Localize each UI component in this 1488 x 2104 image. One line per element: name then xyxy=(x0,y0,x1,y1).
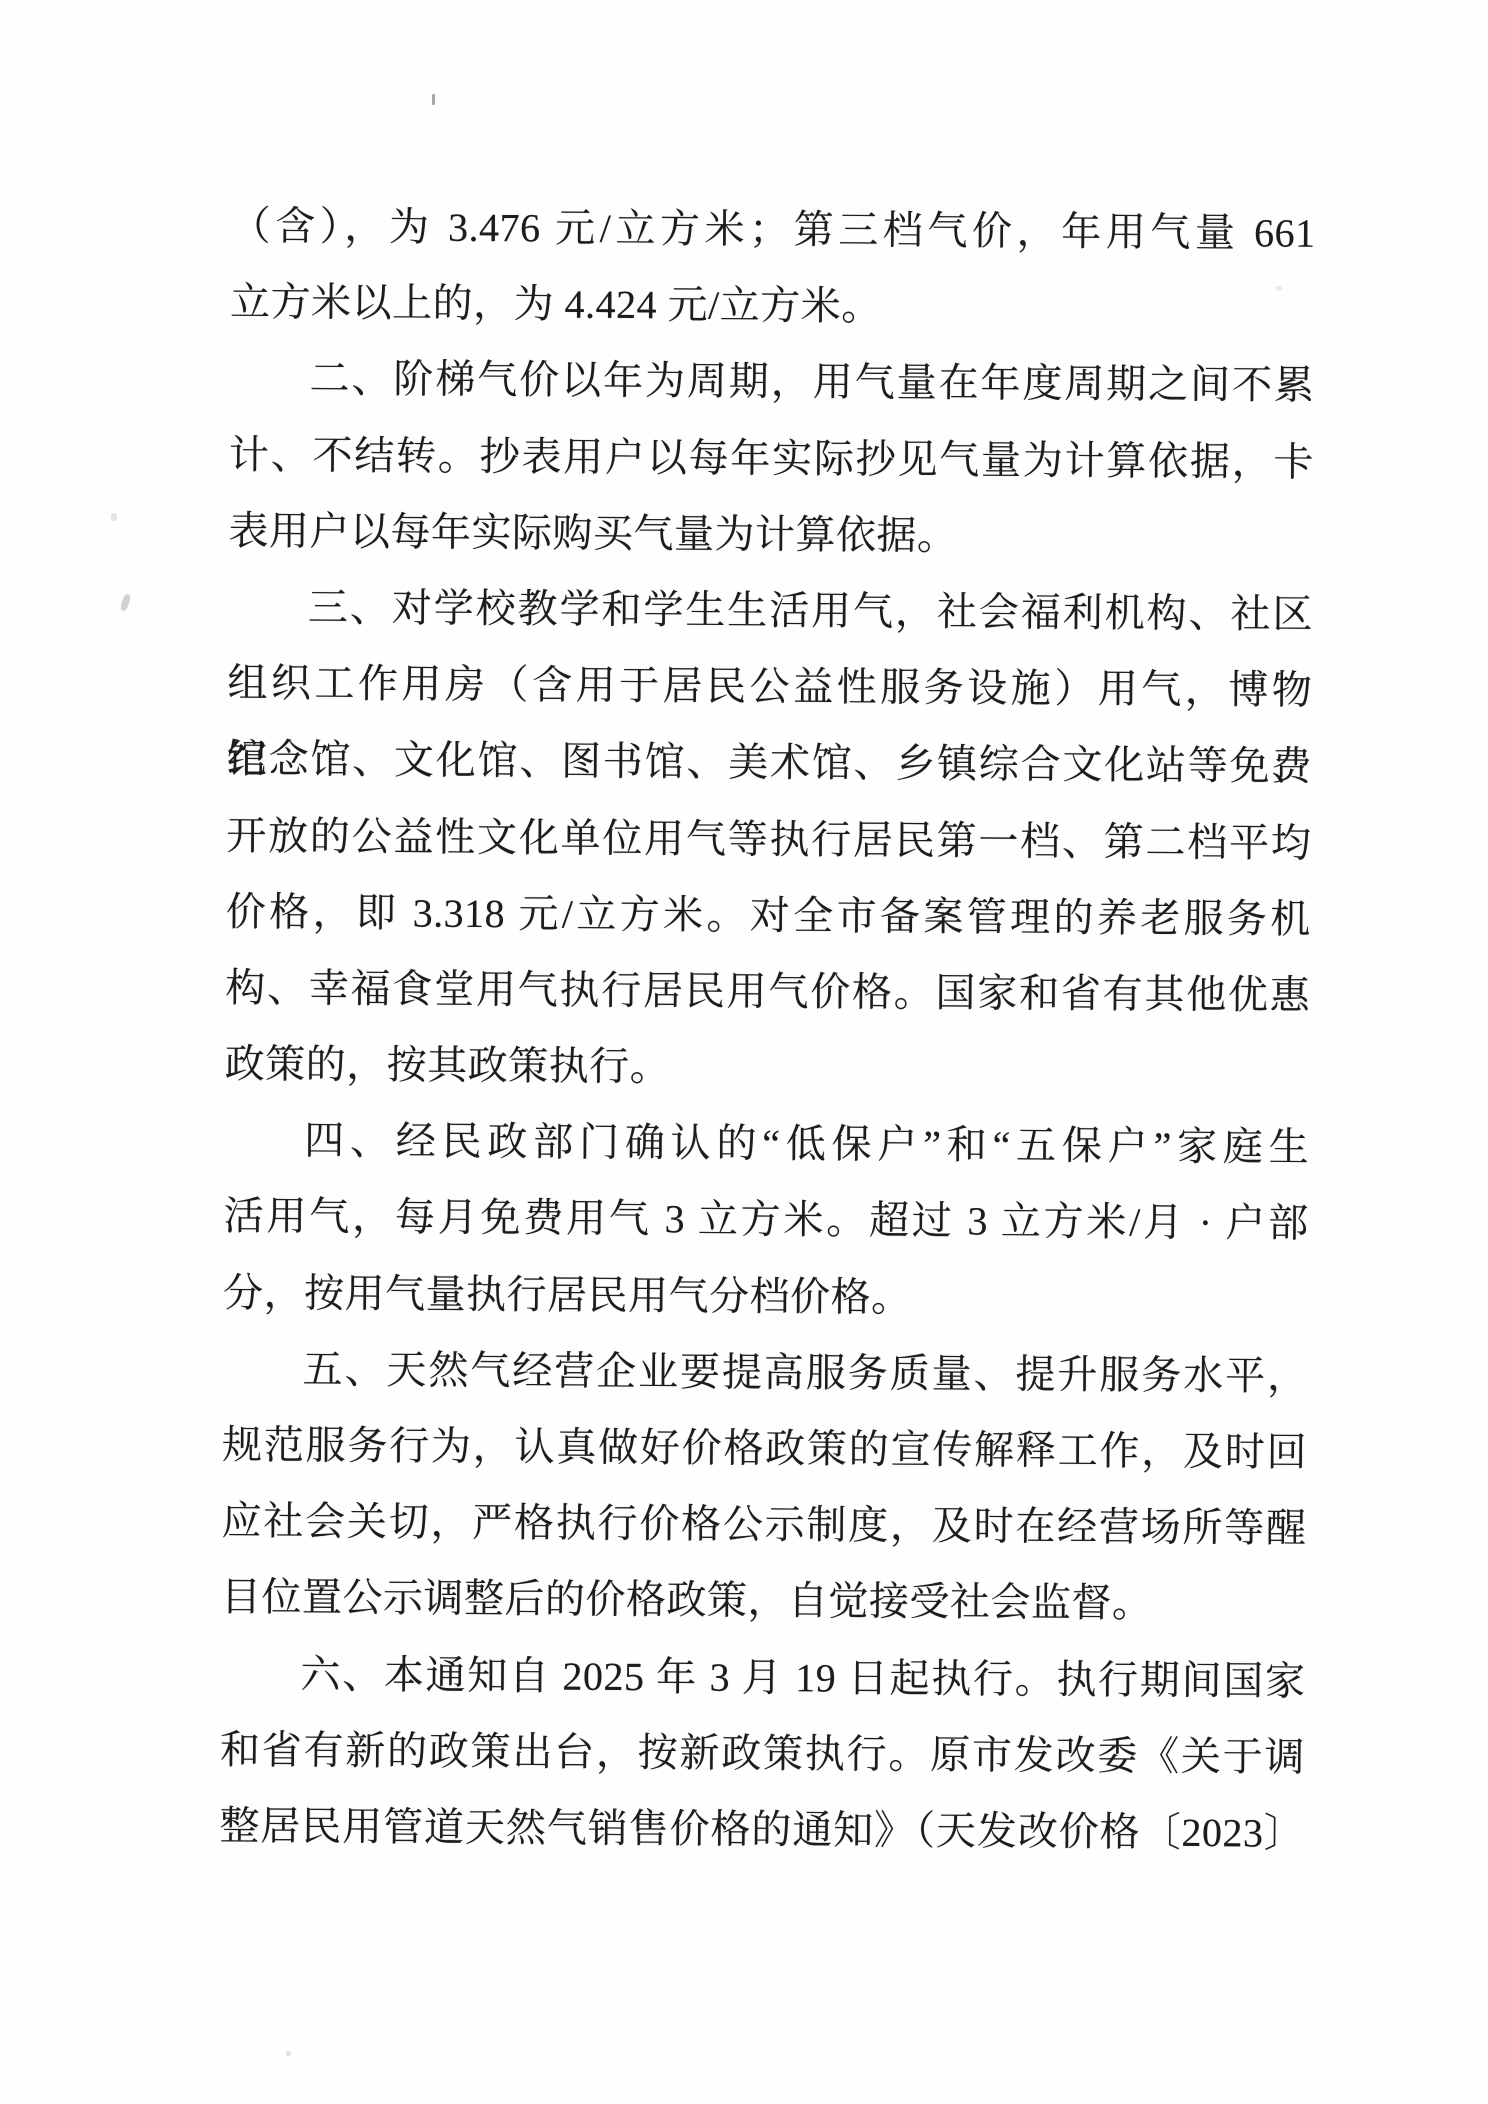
text-line-8: 纪念馆、文化馆、图书馆、美术馆、乡镇综合文化站等免费 xyxy=(227,722,1313,806)
document-page: （含），为 3.476 元/立方米；第三档气价，年用气量 661 立方米以上的，… xyxy=(0,0,1488,2104)
text-line-11: 构、幸福食堂用气执行居民用气价格。国家和省有其他优惠 xyxy=(225,950,1311,1034)
text-line-3: 二、阶梯气价以年为周期，用气量在年度周期之间不累 xyxy=(229,341,1315,425)
text-line-17: 规范服务行为，认真做好价格政策的宣传解释工作，及时回 xyxy=(222,1407,1308,1491)
text-line-1: （含），为 3.476 元/立方米；第三档气价，年用气量 661 xyxy=(230,188,1316,272)
text-line-2: 立方米以上的，为 4.424 元/立方米。 xyxy=(230,264,1316,348)
scan-speck xyxy=(120,593,132,611)
text-line-5: 表用户以每年实际购买气量为计算依据。 xyxy=(228,493,1314,577)
text-line-6: 三、对学校教学和学生生活用气，社会福利机构、社区 xyxy=(228,569,1314,653)
text-line-15: 分，按用气量执行居民用气分档价格。 xyxy=(223,1255,1309,1339)
scan-speck xyxy=(432,94,435,105)
text-line-19: 目位置公示调整后的价格政策，自觉接受社会监督。 xyxy=(221,1560,1307,1644)
text-line-9: 开放的公益性文化单位用气等执行居民第一档、第二档平均 xyxy=(226,798,1312,882)
notice-body-text: （含），为 3.476 元/立方米；第三档气价，年用气量 661 立方米以上的，… xyxy=(219,188,1316,1872)
scan-speck xyxy=(1276,286,1282,291)
text-line-22: 整居民用管道天然气销售价格的通知》（天发改价格〔2023〕 xyxy=(219,1788,1305,1872)
scan-speck xyxy=(111,513,117,521)
text-line-13: 四、经民政部门确认的“低保户”和“五保户”家庭生 xyxy=(224,1102,1310,1186)
text-line-7: 组织工作用房（含用于居民公益性服务设施）用气，博物馆、 xyxy=(227,645,1313,729)
scan-speck xyxy=(343,436,347,441)
text-line-10: 价格，即 3.318 元/立方米。对全市备案管理的养老服务机 xyxy=(226,874,1312,958)
text-line-14: 活用气，每月免费用气 3 立方米。超过 3 立方米/月 · 户部 xyxy=(223,1179,1309,1263)
text-line-16: 五、天然气经营企业要提高服务质量、提升服务水平， xyxy=(222,1331,1308,1415)
text-line-21: 和省有新的政策出台，按新政策执行。原市发改委《关于调 xyxy=(220,1712,1306,1796)
text-line-18: 应社会关切，严格执行价格公示制度，及时在经营场所等醒 xyxy=(221,1483,1307,1567)
text-line-20: 六、本通知自 2025 年 3 月 19 日起执行。执行期间国家 xyxy=(220,1636,1306,1720)
text-line-12: 政策的，按其政策执行。 xyxy=(224,1026,1310,1110)
text-line-4: 计、不结转。抄表用户以每年实际抄见气量为计算依据，卡 xyxy=(229,417,1315,501)
scan-speck xyxy=(286,2051,291,2056)
